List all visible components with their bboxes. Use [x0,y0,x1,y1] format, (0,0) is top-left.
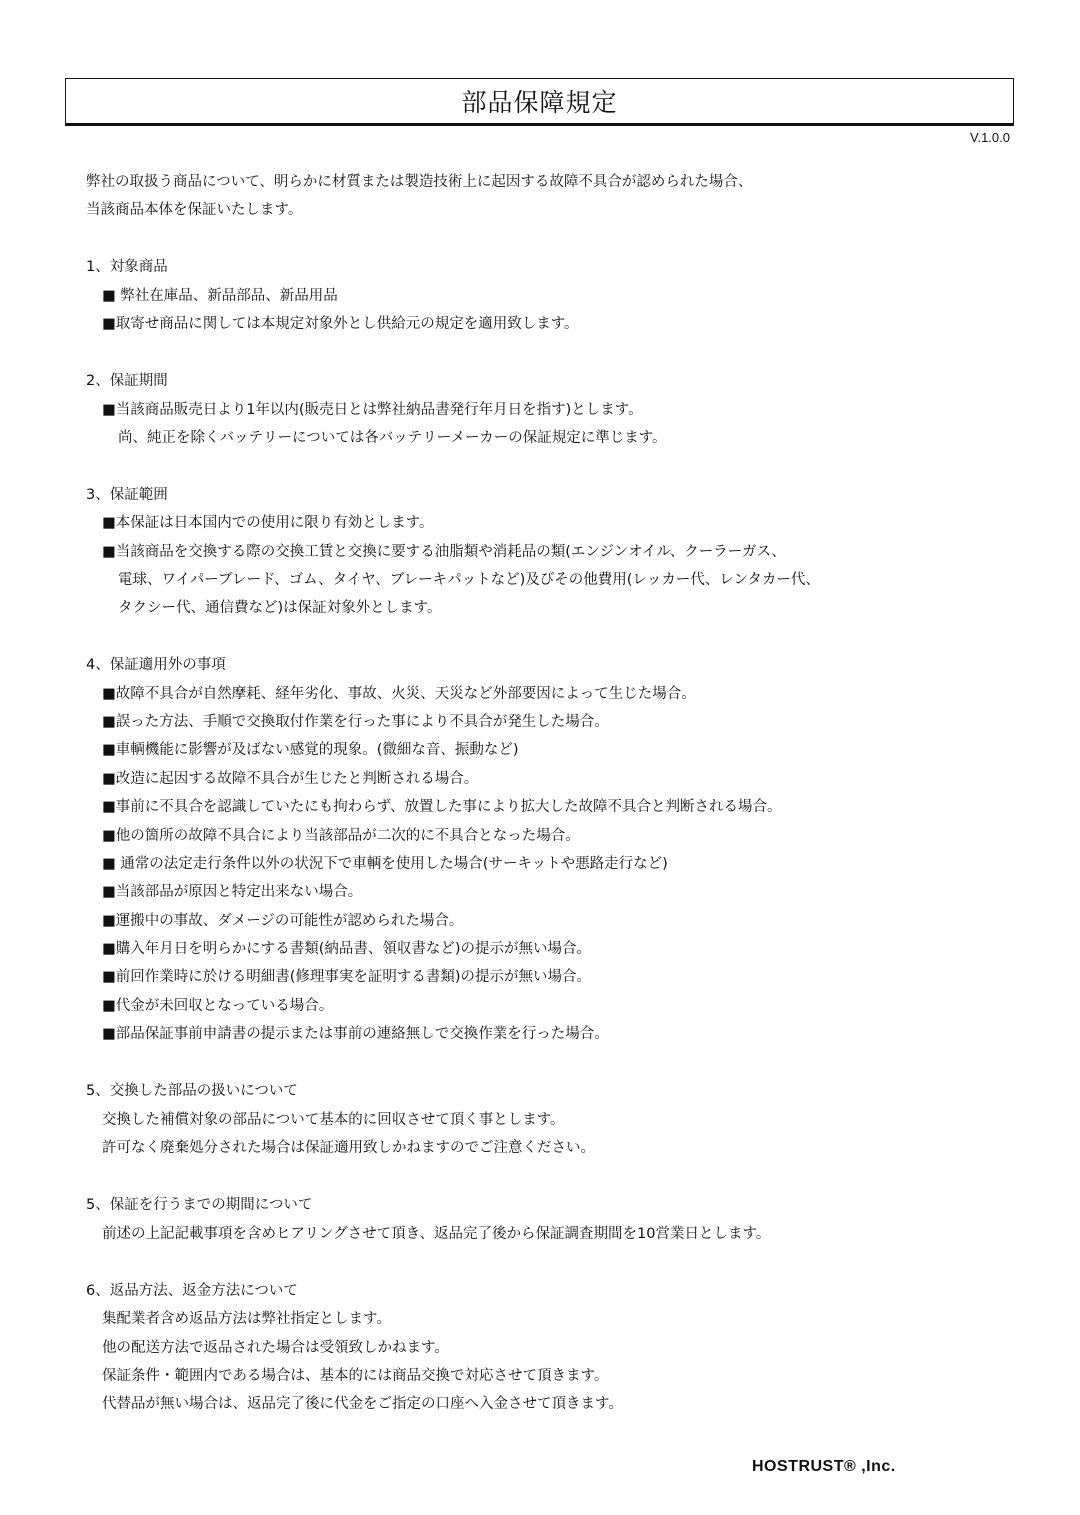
section-line: 保証条件・範囲内である場合は、基本的には商品交換で対応させて頂きます。 [102,1366,608,1386]
section-line: 電球、ワイパーブレード、ゴム、タイヤ、ブレーキパットなど)及びその他費用(レッカ… [118,570,820,590]
section-line: 前述の上記記載事項を含めヒアリングさせて頂き、返品完了後から保証調査期間を10営… [102,1224,770,1244]
section-heading: 4、保証適用外の事項 [86,655,226,675]
section-line: タクシー代、通信費など)は保証対象外とします。 [118,598,442,618]
section-line: ■運搬中の事故、ダメージの可能性が認められた場合。 [102,911,463,931]
section-heading: 1、対象商品 [86,257,168,277]
section-heading: 2、保証期間 [86,371,168,391]
document-title: 部品保障規定 [461,83,617,119]
section-line: 許可なく廃棄処分された場合は保証適用致しかねますのでご注意ください。 [102,1138,595,1158]
section-line: ■前回作業時に於ける明細書(修理事実を証明する書類)の提示が無い場合。 [102,967,591,987]
section-line: ■ 弊社在庫品、新品部品、新品用品 [102,286,338,306]
section-line: ■故障不具合が自然摩耗、経年劣化、事故、火災、天災など外部要因によって生じた場合… [102,684,696,704]
section-line: ■誤った方法、手順で交換取付作業を行った事により不具合が発生した場合。 [102,712,609,732]
intro-line: 弊社の取扱う商品について、明らかに材質または製造技術上に起因する故障不具合が認め… [86,172,752,192]
section-line: ■代金が未回収となっている場合。 [102,996,333,1016]
section-line: ■他の箇所の故障不具合により当該部品が二次的に不具合となった場合。 [102,826,580,846]
company-name: HOSTRUST® ,Inc. [752,1458,896,1476]
section-line: 尚、純正を除くバッテリーについては各バッテリーメーカーの保証規定に準じます。 [118,428,667,448]
intro-line: 当該商品本体を保証いたします。 [86,200,302,220]
title-box: 部品保障規定 [65,78,1014,126]
section-heading: 3、保証範囲 [86,485,168,505]
section-line: 交換した補償対象の部品について基本的に回収させて頂く事とします。 [102,1110,565,1130]
section-line: ■改造に起因する故障不具合が生じたと判断される場合。 [102,769,478,789]
section-line: 他の配送方法で返品された場合は受領致しかねます。 [102,1338,449,1358]
section-heading: 5、保証を行うまでの期間について [86,1195,312,1215]
section-line: ■当該部品が原因と特定出来ない場合。 [102,882,362,902]
section-line: ■部品保証事前申請書の提示または事前の連絡無しで交換作業を行った場合。 [102,1024,609,1044]
section-heading: 6、返品方法、返金方法について [86,1281,298,1301]
section-heading: 5、交換した部品の扱いについて [86,1081,298,1101]
section-line: ■車輌機能に影響が及ばない感覚的現象。(微細な音、振動など) [102,740,519,760]
section-line: ■購入年月日を明らかにする書類(納品書、領収書など)の提示が無い場合。 [102,939,591,959]
section-line: ■事前に不具合を認識していたにも拘わらず、放置した事により拡大した故障不具合と判… [102,797,782,817]
section-line: ■当該商品販売日より1年以内(販売日とは弊社納品書発行年月日を指す)とします。 [102,400,643,420]
section-line: ■ 通常の法定走行条件以外の状況下で車輌を使用した場合(サーキットや悪路走行など… [102,854,668,874]
section-line: 代替品が無い場合は、返品完了後に代金をご指定の口座へ入金させて頂きます。 [102,1394,623,1414]
section-line: ■当該商品を交換する際の交換工賃と交換に要する油脂類や消耗品の類(エンジンオイル… [102,542,786,562]
section-line: ■取寄せ商品に関しては本規定対象外とし供給元の規定を適用致します。 [102,314,579,334]
section-line: 集配業者含め返品方法は弊社指定とします。 [102,1309,391,1329]
version-label: V.1.0.0 [970,130,1010,145]
section-line: ■本保証は日本国内での使用に限り有効とします。 [102,513,434,533]
